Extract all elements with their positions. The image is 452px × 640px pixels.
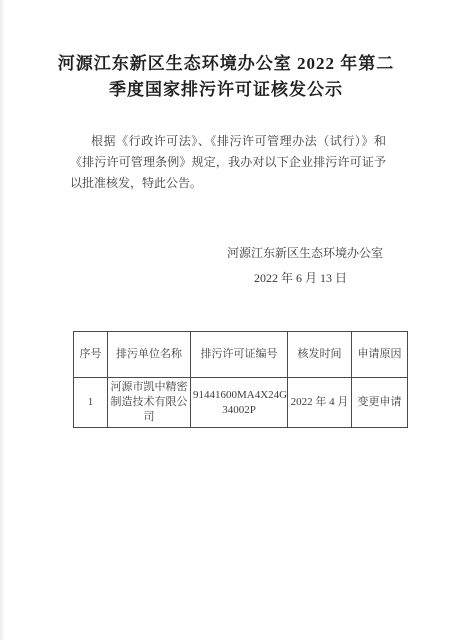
col-header-issue-date: 核发时间 <box>288 332 352 378</box>
body-paragraph: 根据《行政许可法》、《排污许可管理办法（试行）》和《排污许可管理条例》规定，我办… <box>70 131 386 194</box>
scan-edge-shadow <box>0 0 5 640</box>
cell-company-name: 河源市凯中精密制造技术有限公司 <box>108 378 191 428</box>
col-header-reason: 申请原因 <box>352 332 408 378</box>
signature-office: 河源江东新区生态环境办公室 <box>0 241 383 266</box>
col-header-company-name: 排污单位名称 <box>108 332 191 378</box>
document-title-line-1: 河源江东新区生态环境办公室 2022 年第二 <box>46 51 406 77</box>
cell-issue-date: 2022 年 4 月 <box>288 378 352 428</box>
col-header-index: 序号 <box>74 332 108 378</box>
permit-number-line-2: 34002P <box>193 403 285 418</box>
document-page: 河源江东新区生态环境办公室 2022 年第二 季度国家排污许可证核发公示 根据《… <box>0 0 452 640</box>
cell-permit-number: 91441600MA4X24GJ 34002P <box>191 378 288 428</box>
permits-table: 序号 排污单位名称 排污许可证编号 核发时间 申请原因 1 河源市凯中精密制造技… <box>73 331 408 428</box>
cell-index: 1 <box>74 378 108 428</box>
table-header-row: 序号 排污单位名称 排污许可证编号 核发时间 申请原因 <box>74 332 408 378</box>
signature-date: 2022 年 6 月 13 日 <box>0 266 383 291</box>
table-row: 1 河源市凯中精密制造技术有限公司 91441600MA4X24GJ 34002… <box>74 378 408 428</box>
col-header-permit-number: 排污许可证编号 <box>191 332 288 378</box>
permit-number-line-1: 91441600MA4X24GJ <box>193 388 285 403</box>
signature-block: 河源江东新区生态环境办公室 2022 年 6 月 13 日 <box>0 241 383 291</box>
cell-reason: 变更申请 <box>352 378 408 428</box>
document-title-line-2: 季度国家排污许可证核发公示 <box>46 77 406 103</box>
document-title: 河源江东新区生态环境办公室 2022 年第二 季度国家排污许可证核发公示 <box>46 51 406 103</box>
